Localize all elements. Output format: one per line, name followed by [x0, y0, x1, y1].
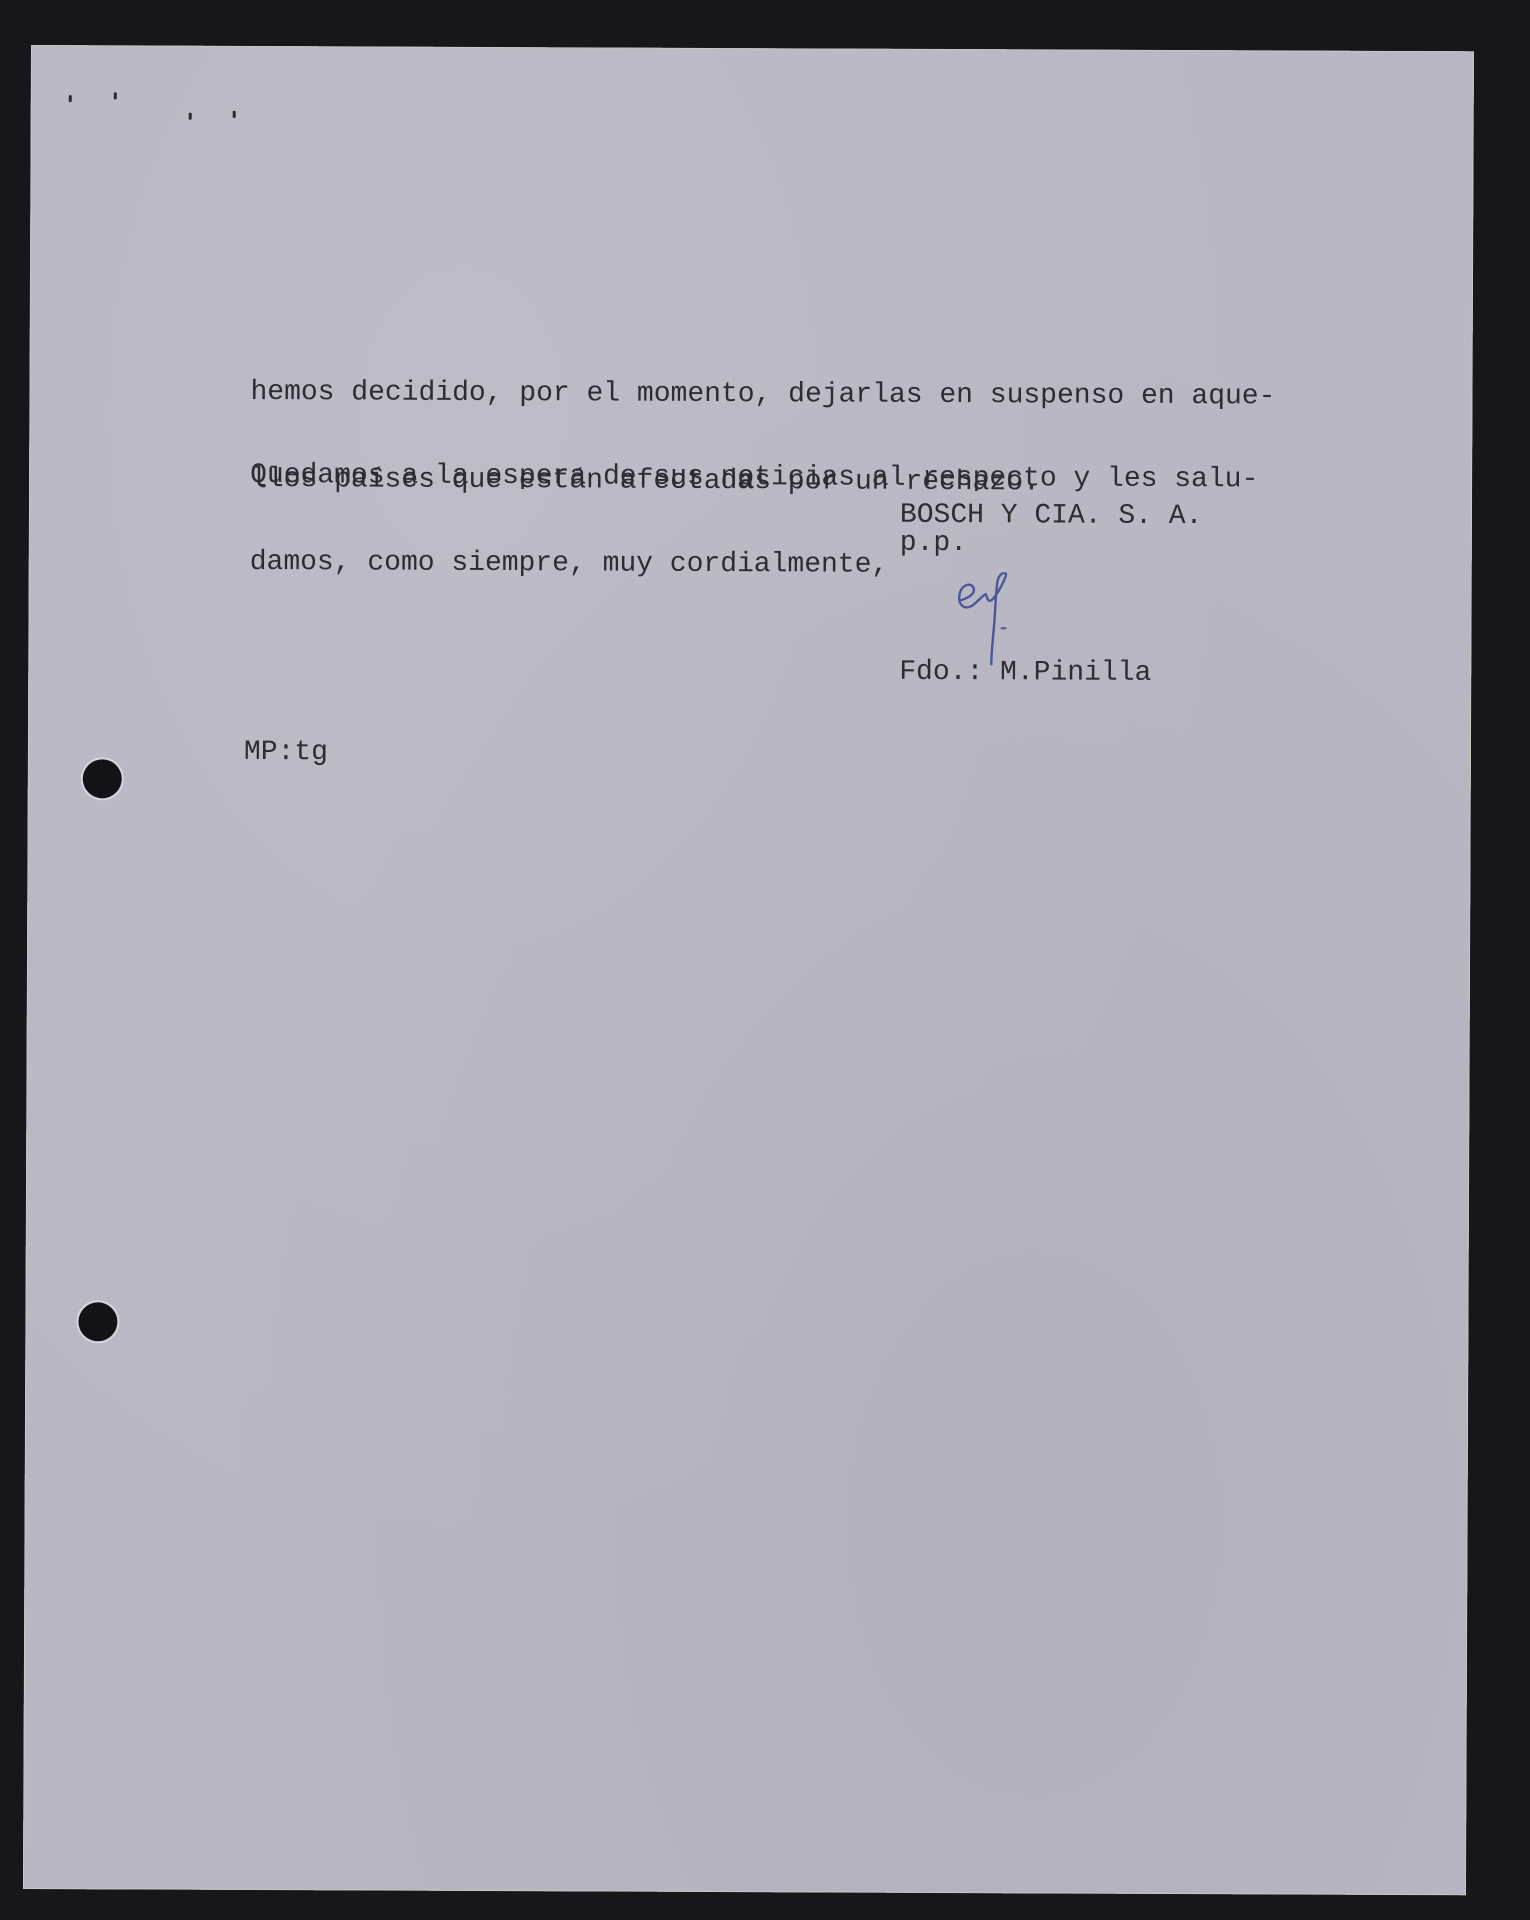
handwritten-signature: [953, 572, 1023, 667]
staple-mark: [233, 111, 236, 118]
company-name: BOSCH Y CIA. S. A.: [900, 501, 1203, 531]
body-line: Quedamos a la espera de sus noticias al …: [250, 461, 1258, 494]
document-page: hemos decidido, por el momento, dejarlas…: [23, 45, 1474, 1895]
signed-by: Fdo.: M.Pinilla: [899, 658, 1151, 688]
staple-mark: [69, 95, 72, 102]
per-procuration: p.p.: [900, 529, 967, 558]
staple-mark: [114, 92, 117, 99]
body-line: damos, como siempre, muy cordialmente,: [250, 548, 1258, 581]
punch-hole-top: [83, 759, 122, 798]
reference-initials: MP:tg: [244, 738, 328, 767]
punch-hole-bottom: [78, 1302, 117, 1341]
staple-mark: [189, 113, 192, 120]
